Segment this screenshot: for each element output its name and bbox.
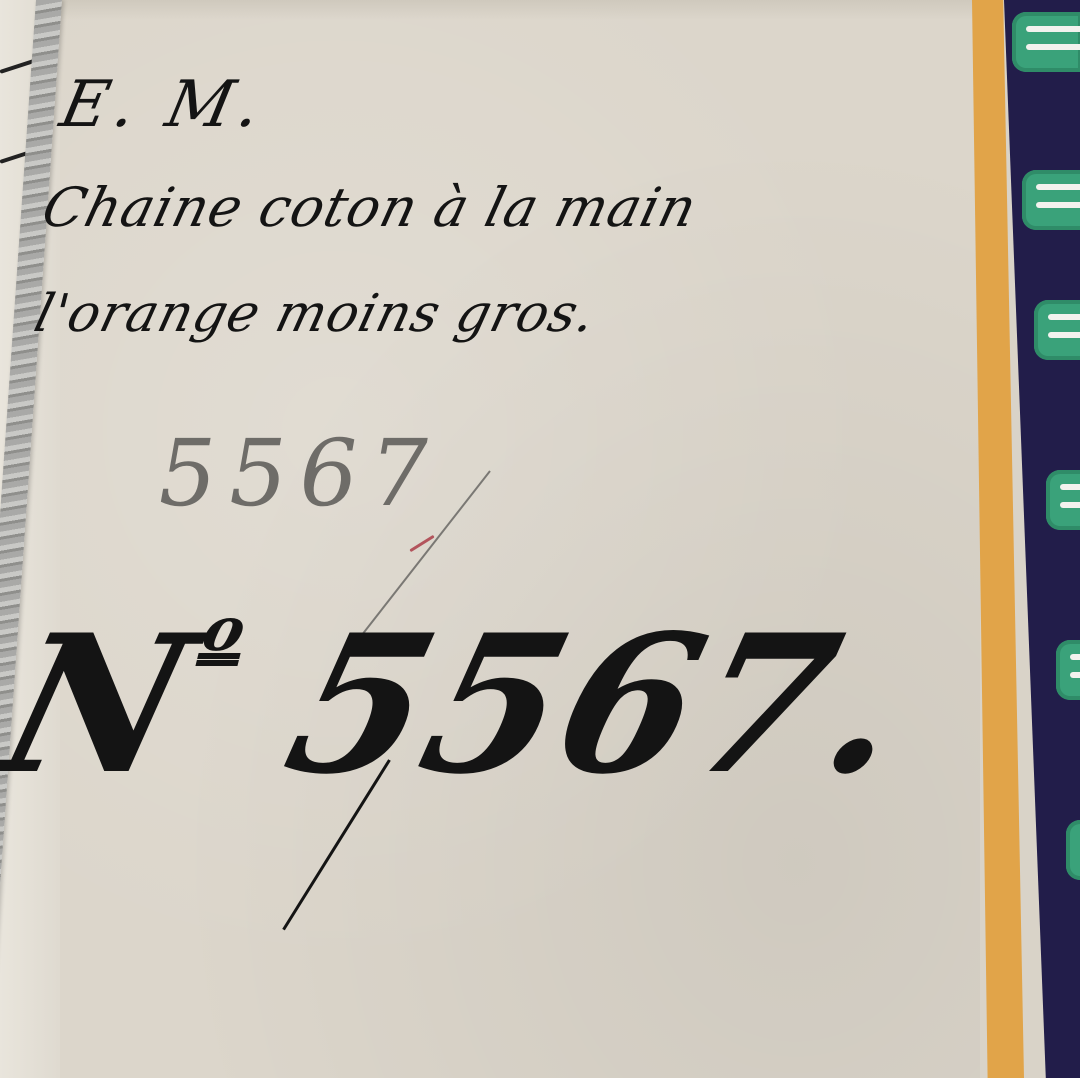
description-line-2: l'orange moins gros. [29,284,603,344]
green-chevron-motif [1012,12,1080,72]
initials: E. M. [54,68,273,142]
reference-digits: 5567 [268,593,860,816]
reference-number: No 5567. [0,610,925,800]
green-chevron-motif [1022,170,1080,230]
green-chevron-motif [1046,470,1080,530]
paper-slip [60,0,980,1078]
green-chevron-motif [1066,820,1080,880]
photo-scene: E. M. Chaine coton à la main l'orange mo… [0,0,1080,1078]
reference-prefix: N [0,593,214,816]
green-chevron-motif [1056,640,1080,700]
pencil-number: 5567 [149,420,450,527]
green-chevron-motif [1034,300,1080,360]
description-line-1: Chaine coton à la main [36,176,704,239]
